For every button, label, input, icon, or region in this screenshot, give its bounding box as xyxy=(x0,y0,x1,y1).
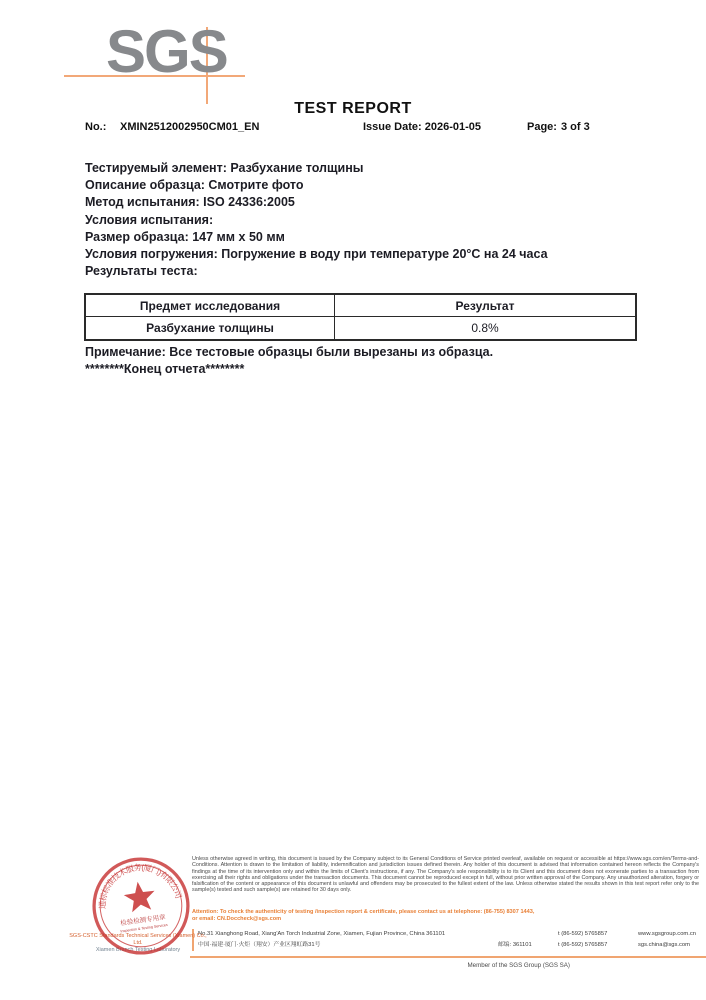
table-row: Разбухание толщины 0.8% xyxy=(86,316,635,339)
authenticity-notice-line2: or email: CN.Doccheck@sgs.com xyxy=(192,916,699,923)
company-stamp: 通标标准技术服务(厦门)有限公司 检验检测专用章 Inspection & Te… xyxy=(83,848,198,963)
results-table: Предмет исследования Результат Разбухани… xyxy=(84,293,637,341)
tested-item-line: Тестируемый элемент: Разбухание толщины xyxy=(85,160,645,177)
test-description: Тестируемый элемент: Разбухание толщины … xyxy=(85,160,645,280)
page-label: Page: xyxy=(527,121,557,133)
test-conditions-line: Условия испытания: xyxy=(85,212,645,229)
sample-description-line: Описание образца: Смотрите фото xyxy=(85,177,645,194)
report-title: TEST REPORT xyxy=(0,100,706,118)
address-cn: 中国·福建·厦门·火炬（翔安）产业区翔虹路31号 xyxy=(198,940,498,951)
end-of-report-line: ********Конец отчета******** xyxy=(85,362,244,376)
page-value: 3 of 3 xyxy=(561,121,590,133)
immersion-conditions-line: Условия погружения: Погружение в воду пр… xyxy=(85,246,645,263)
sgs-logo: SGS xyxy=(106,22,227,82)
sgs-group-membership: Member of the SGS Group (SGS SA) xyxy=(0,962,570,969)
table-cell-subject: Разбухание толщины xyxy=(86,316,335,339)
table-header-row: Предмет исследования Результат xyxy=(86,295,635,316)
email: sgs.china@sgs.com xyxy=(638,940,699,951)
address-row-cn: 中国·福建·厦门·火炬（翔安）产业区翔虹路31号 邮编: 361101 t (8… xyxy=(198,940,699,951)
footer-divider xyxy=(190,956,706,958)
issue-date: Issue Date: 2026-01-05 xyxy=(363,121,481,133)
address-en: No.31 Xianghong Road, Xiang'An Torch Ind… xyxy=(198,929,498,940)
table-cell-result: 0.8% xyxy=(335,316,635,339)
test-method-line: Метод испытания: ISO 24336:2005 xyxy=(85,194,645,211)
authenticity-notice: Attention: To check the authenticity of … xyxy=(192,909,699,923)
postcode-cn: 邮编: 361101 xyxy=(498,940,558,951)
website: www.sgsgroup.com.cn xyxy=(638,929,699,940)
table-header-subject: Предмет исследования xyxy=(86,295,335,316)
report-no-label: No.: xyxy=(85,121,106,133)
sample-size-line: Размер образца: 147 мм x 50 мм xyxy=(85,229,645,246)
address-block: No.31 Xianghong Road, Xiang'An Torch Ind… xyxy=(192,929,699,951)
address-en-spacer xyxy=(498,929,558,940)
results-label-line: Результаты теста: xyxy=(85,263,645,280)
test-report-page: SGS TEST REPORT No.: XMIN2512002950CM01_… xyxy=(0,0,706,1000)
telephone-cn: t (86-592) 5765857 xyxy=(558,940,638,951)
address-row-en: No.31 Xianghong Road, Xiang'An Torch Ind… xyxy=(198,929,699,940)
report-no-value: XMIN2512002950CM01_EN xyxy=(120,121,259,133)
terms-disclaimer: Unless otherwise agreed in writing, this… xyxy=(192,856,699,894)
table-header-result: Результат xyxy=(335,295,635,316)
stamp-star-icon xyxy=(122,880,157,914)
authenticity-notice-line1: Attention: To check the authenticity of … xyxy=(192,909,699,916)
telephone-en: t (86-592) 5765857 xyxy=(558,929,638,940)
remark-line: Примечание: Все тестовые образцы были вы… xyxy=(85,345,493,359)
